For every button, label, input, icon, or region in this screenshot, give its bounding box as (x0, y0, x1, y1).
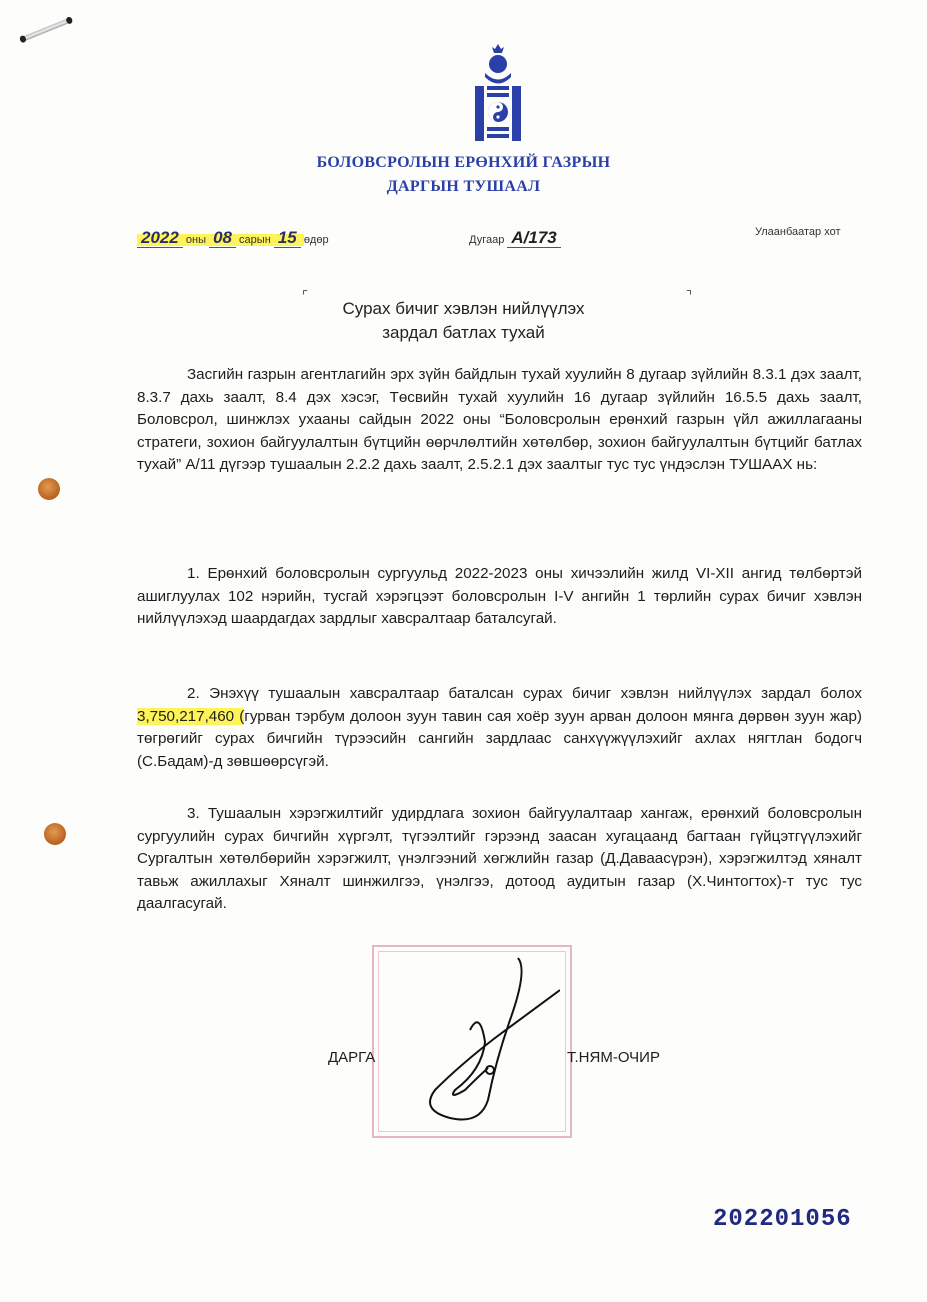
order-item-3: 3. Тушаалын хэрэгжилтийг удирдлага зохио… (137, 803, 862, 916)
highlighted-amount: 3,750,217,460 ( (137, 708, 244, 725)
document-title-line2: зардал батлах тухай (0, 321, 927, 345)
signatory-name: Т.НЯМ-ОЧИР (567, 1049, 660, 1066)
date-year-suffix: оны (186, 234, 206, 246)
signatory-position: ДАРГА (328, 1049, 375, 1066)
signature-icon (410, 950, 560, 1130)
punch-hole (38, 478, 60, 500)
order-item-1: 1. Ерөнхий боловсролын сургуульд 2022-20… (137, 563, 862, 631)
document-title-line1: Сурах бичиг хэвлэн нийлүүлэх (0, 297, 927, 321)
punch-hole (44, 823, 66, 845)
date-day: 15 (274, 228, 301, 248)
document-type: ДАРГЫН ТУШААЛ (0, 178, 927, 196)
registration-serial: 202201056 (713, 1206, 852, 1233)
organization-name: БОЛОВСРОЛЫН ЕРӨНХИЙ ГАЗРЫН (0, 154, 927, 172)
order-number: Дугаар А/173 (469, 228, 561, 248)
date-month-suffix: сарын (239, 234, 271, 246)
date-line: 2022 оны 08 сарын 15 өдөр (137, 228, 329, 248)
date-year: 2022 (137, 228, 183, 248)
preamble-paragraph: Засгийн газрын агентлагийн эрх зүйн байд… (137, 364, 862, 477)
order-number-label: Дугаар (469, 234, 504, 246)
date-month: 08 (209, 228, 236, 248)
date-day-suffix: өдөр (304, 234, 329, 246)
city: Улаанбаатар хот (755, 226, 841, 238)
order-number-value: А/173 (507, 228, 560, 248)
staple-mark (21, 18, 71, 42)
order-item-2: 2. Энэхүү тушаалын хавсралтаар баталсан … (137, 683, 862, 773)
soyombo-emblem-icon (472, 42, 524, 144)
